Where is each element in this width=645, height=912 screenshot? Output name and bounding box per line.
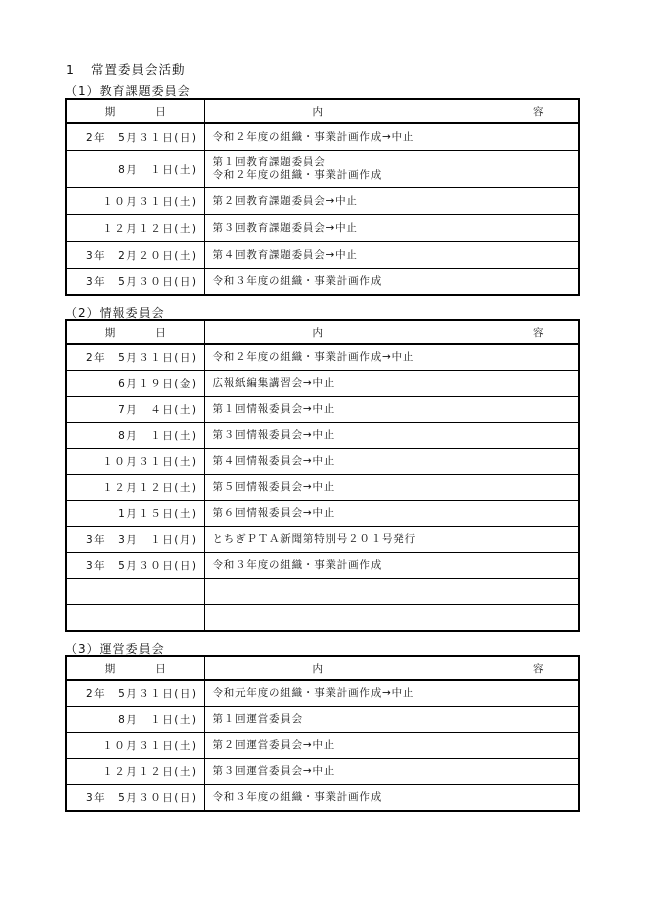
table-row: １２月１２日(土)第３回運営委員会→中止 [66,759,579,785]
section-heading-education: （1）教育課題委員会 [65,82,191,99]
header-content: 内容 [204,99,579,123]
schedule-table-information: 期日 内容 2年 5月３１日(日)令和２年度の組織・事業計画作成→中止 6月１９… [65,319,580,632]
date-cell: 8月 １日(土) [66,707,204,733]
table-row: １０月３１日(土)第４回情報委員会→中止 [66,449,579,475]
header-date: 期日 [66,656,204,680]
content-cell: 第２回教育課題委員会→中止 [204,188,579,215]
date-cell: 3年 5月３０日(日) [66,553,204,579]
date-cell: 2年 5月３１日(日) [66,680,204,707]
date-cell: 3年 2月２０日(土) [66,242,204,269]
content-cell: 第３回運営委員会→中止 [204,759,579,785]
content-cell: 令和２年度の組織・事業計画作成→中止 [204,344,579,371]
table-row: １２月１２日(土)第５回情報委員会→中止 [66,475,579,501]
date-cell: １０月３１日(土) [66,449,204,475]
date-cell: 3年 5月３０日(日) [66,785,204,812]
schedule-table-education: 期日 内容 2年 5月３１日(日)令和２年度の組織・事業計画作成→中止 8月 １… [65,98,580,296]
content-cell: 第１回運営委員会 [204,707,579,733]
table-header-row: 期日 内容 [66,320,579,344]
content-cell: 第２回運営委員会→中止 [204,733,579,759]
content-cell: 第１回情報委員会→中止 [204,397,579,423]
content-cell: 令和２年度の組織・事業計画作成→中止 [204,123,579,151]
table-row-empty [66,605,579,632]
content-cell: 第５回情報委員会→中止 [204,475,579,501]
table-row: 3年 5月３０日(日)令和３年度の組織・事業計画作成 [66,553,579,579]
header-date: 期日 [66,320,204,344]
table-row: 8月 １日(土)第３回情報委員会→中止 [66,423,579,449]
table-row: 8月 １日(土)第１回運営委員会 [66,707,579,733]
content-cell: 令和元年度の組織・事業計画作成→中止 [204,680,579,707]
content-cell: 令和３年度の組織・事業計画作成 [204,785,579,812]
date-cell: 7月 ４日(土) [66,397,204,423]
schedule-table-operations: 期日 内容 2年 5月３１日(日)令和元年度の組織・事業計画作成→中止 8月 １… [65,655,580,812]
title-text: 常置委員会活動 [91,62,186,77]
table-row-empty [66,579,579,605]
table-row: 3年 2月２０日(土)第４回教育課題委員会→中止 [66,242,579,269]
table-row: 3年 5月３０日(日)令和３年度の組織・事業計画作成 [66,269,579,296]
date-cell: １２月１２日(土) [66,759,204,785]
table-row: 3年 3月 １日(月)とちぎＰＴＡ新聞第特別号２０１号発行 [66,527,579,553]
content-cell [204,579,579,605]
table-row: 8月 １日(土)第１回教育課題委員会 令和２年度の組織・事業計画作成 [66,151,579,188]
table-row: 2年 5月３１日(日)令和元年度の組織・事業計画作成→中止 [66,680,579,707]
table-row: 2年 5月３１日(日)令和２年度の組織・事業計画作成→中止 [66,344,579,371]
date-cell: 8月 １日(土) [66,151,204,188]
content-cell: 令和３年度の組織・事業計画作成 [204,269,579,296]
date-cell: １２月１２日(土) [66,215,204,242]
table-row: 1月１５日(土)第６回情報委員会→中止 [66,501,579,527]
date-cell: １２月１２日(土) [66,475,204,501]
table-row: １０月３１日(土)第２回教育課題委員会→中止 [66,188,579,215]
date-cell: 2年 5月３１日(日) [66,123,204,151]
header-date: 期日 [66,99,204,123]
table-row: 6月１９日(金)広報紙編集講習会→中止 [66,371,579,397]
table-row: １２月１２日(土)第３回教育課題委員会→中止 [66,215,579,242]
table-row: 3年 5月３０日(日)令和３年度の組織・事業計画作成 [66,785,579,812]
content-cell [204,605,579,632]
header-content: 内容 [204,320,579,344]
table-row: １０月３１日(土)第２回運営委員会→中止 [66,733,579,759]
page-title: 1常置委員会活動 [66,60,185,78]
date-cell: １０月３１日(土) [66,188,204,215]
content-cell: 第４回情報委員会→中止 [204,449,579,475]
content-cell: 第４回教育課題委員会→中止 [204,242,579,269]
table-header-row: 期日 内容 [66,656,579,680]
date-cell: 2年 5月３１日(日) [66,344,204,371]
date-cell: 1月１５日(土) [66,501,204,527]
title-number: 1 [66,62,75,77]
content-cell: 第３回情報委員会→中止 [204,423,579,449]
date-cell: 6月１９日(金) [66,371,204,397]
table-header-row: 期日 内容 [66,99,579,123]
date-cell: 3年 5月３０日(日) [66,269,204,296]
date-cell [66,605,204,632]
content-cell: 令和３年度の組織・事業計画作成 [204,553,579,579]
table-row: 2年 5月３１日(日)令和２年度の組織・事業計画作成→中止 [66,123,579,151]
table-row: 7月 ４日(土)第１回情報委員会→中止 [66,397,579,423]
content-cell: 第１回教育課題委員会 令和２年度の組織・事業計画作成 [204,151,579,188]
content-cell: 第６回情報委員会→中止 [204,501,579,527]
date-cell: 3年 3月 １日(月) [66,527,204,553]
date-cell [66,579,204,605]
date-cell: 8月 １日(土) [66,423,204,449]
date-cell: １０月３１日(土) [66,733,204,759]
content-cell: 第３回教育課題委員会→中止 [204,215,579,242]
header-content: 内容 [204,656,579,680]
content-cell: とちぎＰＴＡ新聞第特別号２０１号発行 [204,527,579,553]
content-cell: 広報紙編集講習会→中止 [204,371,579,397]
